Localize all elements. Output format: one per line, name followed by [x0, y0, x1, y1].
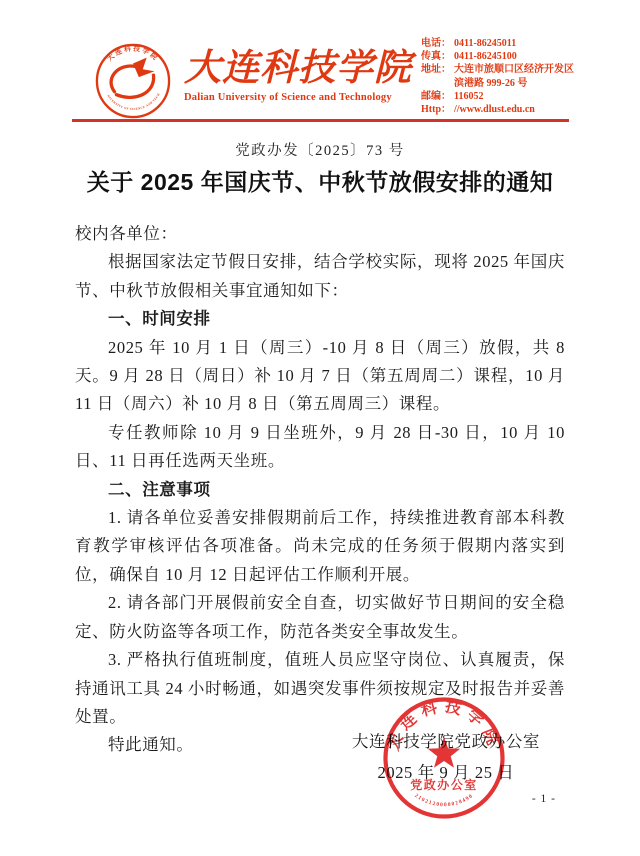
svg-text:2102120000028490: 2102120000028490 — [413, 793, 474, 808]
school-name-cn: 大连科技学院 — [184, 44, 424, 90]
contact-fax: 传真： 0411-86245100 — [421, 50, 581, 63]
contact-address-label: 地址： — [421, 63, 454, 76]
document-body: 校内各单位： 根据国家法定节假日安排，结合学校实际，现将 2025 年国庆节、中… — [75, 220, 565, 760]
signer: 大连科技学院党政办公室 — [352, 727, 540, 758]
section-heading-2: 二、注意事项 — [75, 476, 565, 504]
contact-zipcode-label: 邮编： — [421, 90, 454, 103]
contact-fax-value: 0411-86245100 — [454, 50, 581, 63]
contact-address2-value: 滨港路 999-26 号 — [454, 77, 581, 90]
contact-zipcode-value: 116052 — [454, 90, 581, 103]
date: 2025 年 9 月 25 日 — [352, 758, 540, 789]
document-number: 党政办发〔2025〕73 号 — [0, 139, 640, 160]
contact-address-line2: 滨港路 999-26 号 — [421, 77, 581, 90]
contact-website-value: //www.dlust.edu.cn — [454, 103, 581, 116]
paragraph-note-3: 3. 严格执行值班制度，值班人员应坚守岗位、认真履责，保持通讯工具 24 小时畅… — [75, 646, 565, 731]
contact-fax-label: 传真： — [421, 50, 454, 63]
contact-website: Http： //www.dlust.edu.cn — [421, 103, 581, 116]
closing-block: 大连科技学院党政办公室 2025 年 9 月 25 日 — [352, 727, 540, 788]
contact-address: 地址： 大连市旅顺口区经济开发区 — [421, 63, 581, 76]
contact-phone: 电话： 0411-86245011 — [421, 37, 581, 50]
page-number: - 1 - — [532, 793, 556, 805]
contact-zipcode: 邮编： 116052 — [421, 90, 581, 103]
university-logo-icon: 大连科技学院 DALIAN UNIVERSITY OF SCIENCE AND … — [94, 42, 172, 120]
letterhead-divider — [72, 119, 569, 122]
paragraph-note-2: 2. 请各部门开展假前安全自查，切实做好节日期间的安全稳定、防火防盗等各项工作，… — [75, 589, 565, 646]
document-page: 大连科技学院 DALIAN UNIVERSITY OF SCIENCE AND … — [0, 0, 640, 856]
paragraph-schedule: 2025 年 10 月 1 日（周三）-10 月 8 日（周三）放假，共 8 天… — [75, 334, 565, 419]
contact-address2-label — [421, 77, 454, 90]
document-title: 关于 2025 年国庆节、中秋节放假安排的通知 — [0, 164, 640, 197]
paragraph-intro: 根据国家法定节假日安排，结合学校实际，现将 2025 年国庆节、中秋节放假相关事… — [75, 248, 565, 305]
salutation: 校内各单位： — [75, 220, 565, 248]
seal-code: 2102120000028490 — [413, 793, 474, 808]
contact-phone-value: 0411-86245011 — [454, 37, 581, 50]
paragraph-teachers: 专任教师除 10 月 9 日坐班外，9 月 28 日-30 日，10 月 10 … — [75, 419, 565, 476]
section-heading-1: 一、时间安排 — [75, 305, 565, 333]
school-name-en: Dalian University of Science and Technol… — [184, 92, 424, 103]
contact-address-value: 大连市旅顺口区经济开发区 — [454, 63, 581, 76]
contact-info: 电话： 0411-86245011 传真： 0411-86245100 地址： … — [421, 37, 581, 116]
letterhead-brand: 大连科技学院 Dalian University of Science and … — [184, 44, 424, 103]
contact-phone-label: 电话： — [421, 37, 454, 50]
contact-website-label: Http： — [421, 103, 454, 116]
paragraph-note-1: 1. 请各单位妥善安排假期前后工作，持续推进教育部本科教育教学审核评估各项准备。… — [75, 504, 565, 589]
